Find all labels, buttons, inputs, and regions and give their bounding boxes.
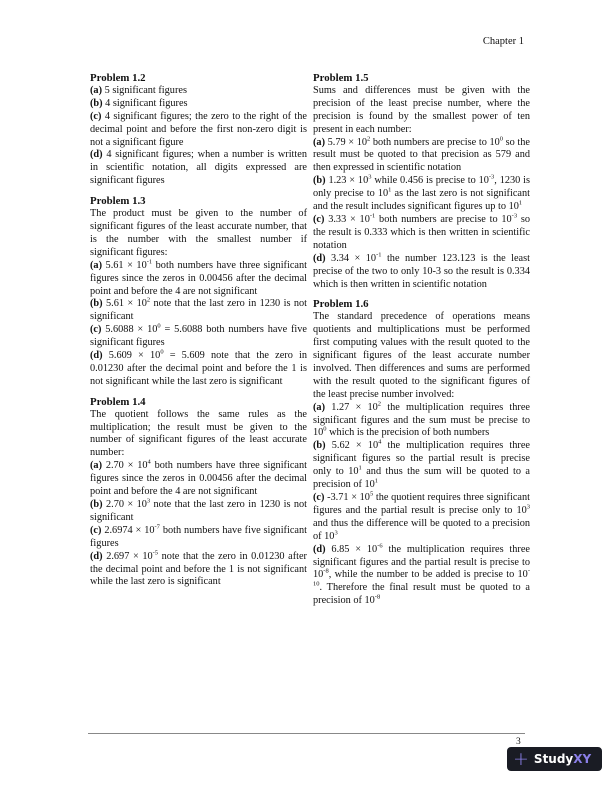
plus-icon: +	[513, 750, 529, 769]
left-column: Problem 1.2 (a) 5 significant figures (b…	[90, 72, 307, 589]
answer-c: (c) 2.6974 × 10-7 both numbers have five…	[90, 525, 307, 551]
answer-a: (a) 5.79 × 102 both numbers are precise …	[313, 137, 530, 176]
answer-c: (c) 5.6088 × 100 = 5.6088 both numbers h…	[90, 324, 307, 350]
right-column: Problem 1.5 Sums and differences must be…	[313, 72, 530, 608]
answer-d: (d) 6.85 × 10-6 the multiplication requi…	[313, 544, 530, 609]
answer-b: (b) 1.23 × 103 while 0.456 is precise to…	[313, 175, 530, 214]
problem-intro: The quotient follows the same rules as t…	[90, 409, 307, 461]
problem-1-5: Problem 1.5 Sums and differences must be…	[313, 72, 530, 291]
answer-d: (d) 4 significant figures; when a number…	[90, 149, 307, 188]
problem-1-6: Problem 1.6 The standard precedence of o…	[313, 298, 530, 608]
answer-b: (b) 2.70 × 103 note that the last zero i…	[90, 499, 307, 525]
studyxy-brand-badge[interactable]: + StudyXY	[507, 747, 602, 771]
answer-b: (b) 5.62 × 104 the multiplication requir…	[313, 440, 530, 492]
problem-intro: The product must be given to the number …	[90, 208, 307, 260]
problem-1-4: Problem 1.4 The quotient follows the sam…	[90, 396, 307, 590]
answer-a: (a) 5.61 × 10-1 both numbers have three …	[90, 260, 307, 299]
running-header: Chapter 1	[483, 36, 524, 47]
answer-d: (d) 3.34 × 10-1 the number 123.123 is th…	[313, 253, 530, 292]
answer-a: (a) 2.70 × 104 both numbers have three s…	[90, 460, 307, 499]
answer-a: (a) 5 significant figures	[90, 85, 307, 98]
brand-xy-text: XY	[573, 752, 591, 766]
footer-divider	[88, 733, 525, 734]
problem-title: Problem 1.3	[90, 195, 307, 208]
answer-a: (a) 1.27 × 102 the multiplication requir…	[313, 402, 530, 441]
problem-intro: Sums and differences must be given with …	[313, 85, 530, 137]
problem-title: Problem 1.2	[90, 72, 307, 85]
problem-title: Problem 1.6	[313, 298, 530, 311]
problem-title: Problem 1.5	[313, 72, 530, 85]
answer-b: (b) 4 significant figures	[90, 98, 307, 111]
answer-c: (c) -3.71 × 105 the quotient requires th…	[313, 492, 530, 544]
problem-intro: The standard precedence of operations me…	[313, 311, 530, 401]
answer-c: (c) 3.33 × 10-1 both numbers are precise…	[313, 214, 530, 253]
brand-study-text: Study	[534, 752, 573, 766]
answer-b: (b) 5.61 × 102 note that the last zero i…	[90, 298, 307, 324]
answer-d: (d) 5.609 × 100 = 5.609 note that the ze…	[90, 350, 307, 389]
problem-1-2: Problem 1.2 (a) 5 significant figures (b…	[90, 72, 307, 188]
problem-title: Problem 1.4	[90, 396, 307, 409]
problem-1-3: Problem 1.3 The product must be given to…	[90, 195, 307, 389]
answer-c: (c) 4 significant figures; the zero to t…	[90, 111, 307, 150]
page-number: 3	[516, 737, 521, 747]
answer-d: (d) 2.697 × 10-5 note that the zero in 0…	[90, 551, 307, 590]
